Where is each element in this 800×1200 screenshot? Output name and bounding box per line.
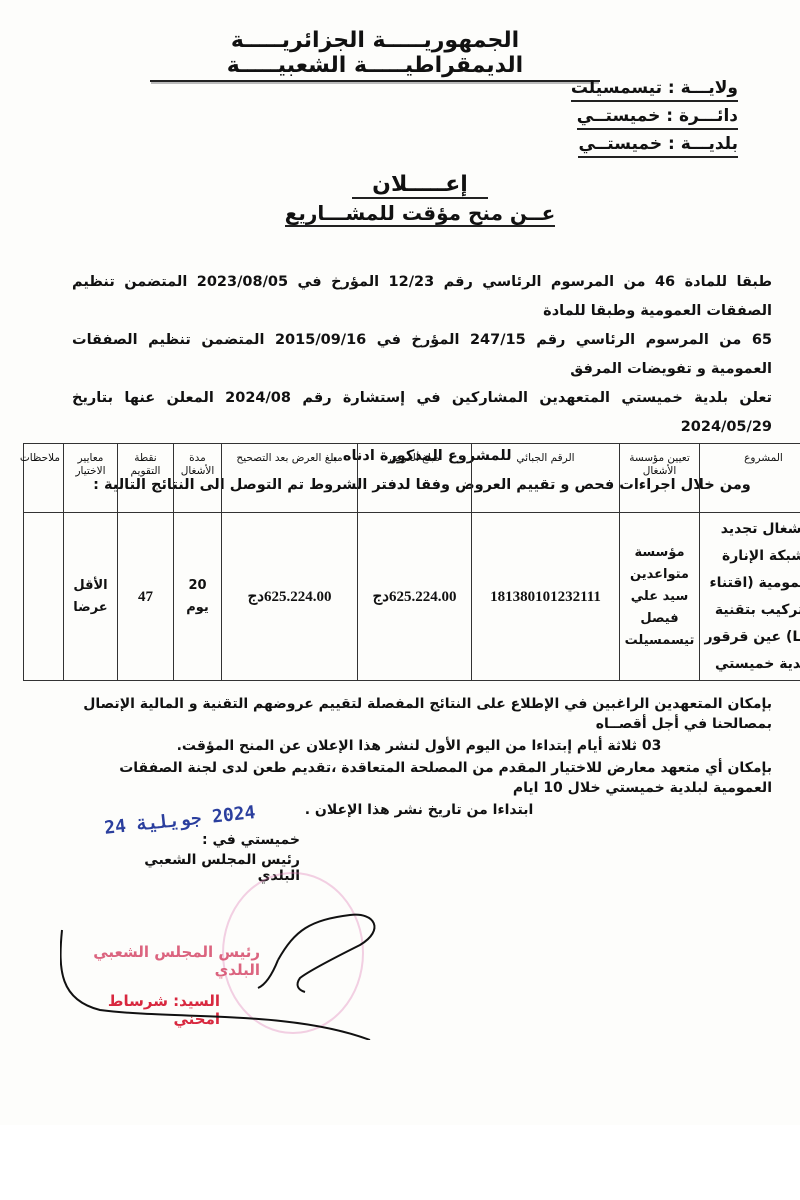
commune-line: بلديـــة : خميستــي bbox=[578, 132, 738, 158]
header-tax-id: الرقم الجبائي bbox=[472, 444, 620, 513]
intro-line-1: طبقا للمادة 46 من المرسوم الرئاسي رقم 12… bbox=[72, 268, 772, 326]
cell-score: 47 bbox=[118, 513, 174, 681]
wilaya-line: ولايـــة : تيسمسيلت bbox=[571, 76, 738, 102]
header-criteria: معايير الاختيار bbox=[64, 444, 118, 513]
republic-heading: الجمهوريـــــة الجزائريـــــة الديمقراطي… bbox=[150, 28, 600, 82]
background-margin bbox=[0, 1125, 800, 1200]
handwritten-signature-icon bbox=[60, 890, 380, 1040]
header-offer-amount: مبلغ العرض bbox=[358, 444, 472, 513]
cell-offer-amount-corrected: 625.224.00دج bbox=[222, 513, 358, 681]
cell-notes bbox=[24, 513, 64, 681]
closing-paragraphs: بإمكان المتعهدين الراغبين في الإطلاع على… bbox=[66, 694, 772, 822]
closing-para1-line2: 03 ثلاثة أيام إبتداءا من اليوم الأول لنش… bbox=[66, 736, 772, 756]
results-table: الرقم المشروع تعيين مؤسسة الأشغال الرقم … bbox=[23, 443, 800, 681]
cell-project: أشغال تجديد شبكة الإنارة العمومية (اقتنا… bbox=[700, 513, 800, 681]
signature-place: خميستي في : bbox=[150, 832, 300, 848]
cell-company: مؤسسة متواعدين سيد علي فيصل تيسمسيلت bbox=[620, 513, 700, 681]
cell-offer-amount: 625.224.00دج bbox=[358, 513, 472, 681]
intro-line-2: 65 من المرسوم الرئاسي رقم 247/15 المؤرخ … bbox=[72, 326, 772, 384]
header-notes: ملاحظات bbox=[24, 444, 64, 513]
cell-duration: 20 يوم bbox=[174, 513, 222, 681]
title-sub: عــن منح مؤقت للمشـــاريع bbox=[285, 201, 556, 227]
closing-para1-line1: بإمكان المتعهدين الراغبين في الإطلاع على… bbox=[66, 694, 772, 734]
closing-para2-line1: بإمكان أي متعهد معارض للاختيار المقدم من… bbox=[66, 758, 772, 798]
table-header-row: الرقم المشروع تعيين مؤسسة الأشغال الرقم … bbox=[24, 444, 800, 513]
header-score: نقطة التقويم bbox=[118, 444, 174, 513]
title-main: إعـــــلان bbox=[352, 172, 488, 199]
document-page: الجمهوريـــــة الجزائريـــــة الديمقراطي… bbox=[0, 0, 800, 1125]
administrative-block: ولايـــة : تيسمسيلت دائـــرة : خميستــي … bbox=[558, 76, 738, 160]
header-company: تعيين مؤسسة الأشغال bbox=[620, 444, 700, 513]
header-duration: مدة الأشغال bbox=[174, 444, 222, 513]
header-offer-amount-corrected: مبلغ العرض بعد التصحيح bbox=[222, 444, 358, 513]
intro-line-3: تعلن بلدية خميستي المتعهدين المشاركين في… bbox=[72, 384, 772, 442]
daira-line: دائـــرة : خميستــي bbox=[577, 104, 738, 130]
table-row: 01 أشغال تجديد شبكة الإنارة العمومية (اق… bbox=[24, 513, 800, 681]
cell-criteria: الأقل عرضا bbox=[64, 513, 118, 681]
cell-tax-id: 181380101232111 bbox=[472, 513, 620, 681]
header-project: المشروع bbox=[700, 444, 800, 513]
announcement-title: إعـــــلان عــن منح مؤقت للمشـــاريع bbox=[250, 172, 590, 227]
